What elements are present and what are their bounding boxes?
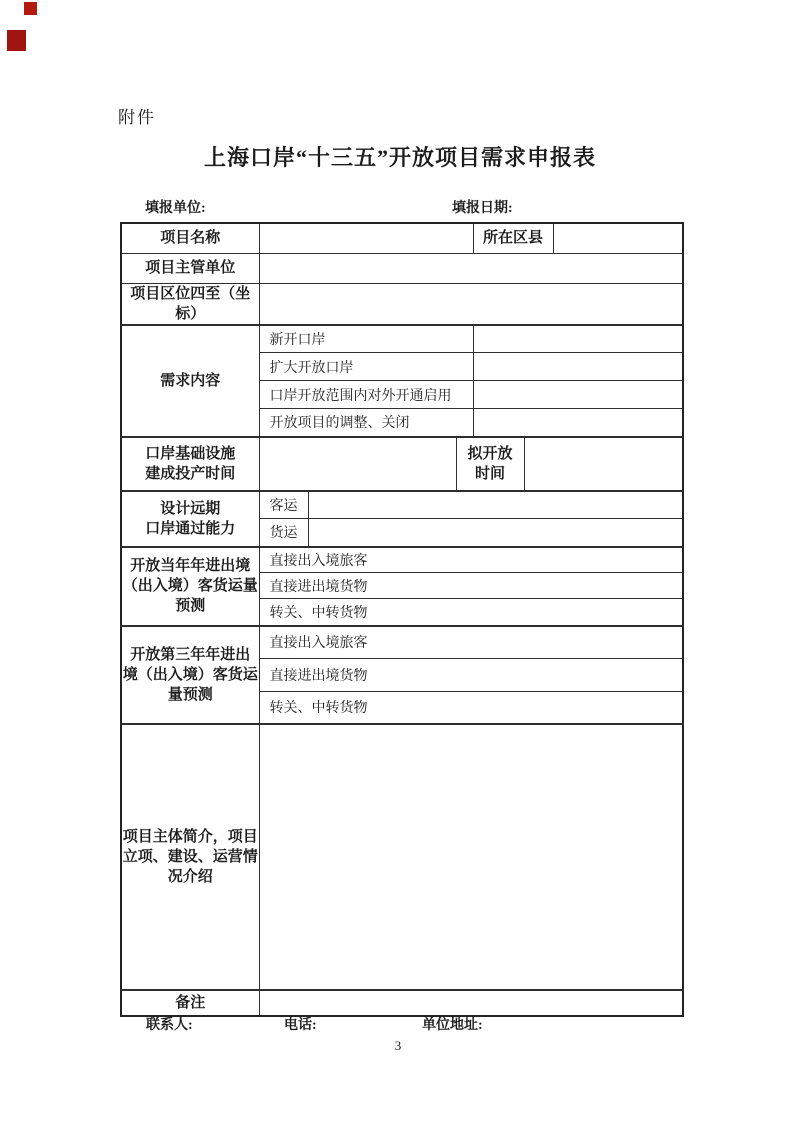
supervisor-unit-value-cell bbox=[259, 253, 683, 283]
planned-open-time-label-line1: 拟开放 bbox=[457, 444, 524, 464]
project-name-label-cell: 项目名称 bbox=[121, 223, 259, 253]
infra-completion-time-label-line2: 建成投产时间 bbox=[122, 464, 259, 484]
location-bounds-label-cell: 项目区位四至（坐标） bbox=[121, 283, 259, 325]
project-intro-label-line2: 立项、建设、运营情 bbox=[122, 847, 259, 867]
demand-item-adjust-close-label: 开放项目的调整、关闭 bbox=[270, 416, 410, 431]
design-capacity-label-line1: 设计远期 bbox=[122, 499, 259, 519]
demand-item-expand-value-cell bbox=[473, 353, 683, 381]
demand-item-new-port-label: 新开口岸 bbox=[270, 333, 326, 348]
forecast-open-year-transit-label: 转关、中转货物 bbox=[270, 606, 368, 621]
forecast-open-year-label-line1: 开放当年年进出境 bbox=[122, 556, 259, 576]
design-capacity-label-line2: 口岸通过能力 bbox=[122, 519, 259, 539]
forecast-third-year-label-line2: 境（出入境）客货运 bbox=[122, 665, 259, 685]
planned-open-time-label-cell: 拟开放 时间 bbox=[456, 437, 524, 491]
demand-item-new-port-cell: 新开口岸 bbox=[259, 325, 473, 353]
application-form-table: 项目名称 所在区县 项目主管单位 项目区位四至（坐标） 需求内容 新开口岸 扩大… bbox=[120, 222, 684, 1017]
demand-item-adjust-close-value-cell bbox=[473, 409, 683, 437]
project-name-value-cell bbox=[259, 223, 473, 253]
forecast-third-year-passengers-label: 直接出入境旅客 bbox=[270, 636, 368, 651]
forecast-third-year-goods-cell: 直接进出境货物 bbox=[259, 659, 683, 692]
district-label: 所在区县 bbox=[483, 230, 543, 246]
address-label: 单位地址: bbox=[422, 1014, 483, 1034]
fill-date-label: 填报日期: bbox=[452, 197, 513, 217]
forecast-open-year-passengers-label: 直接出入境旅客 bbox=[270, 554, 368, 569]
planned-open-time-label-line2: 时间 bbox=[457, 464, 524, 484]
district-label-cell: 所在区县 bbox=[473, 223, 553, 253]
footer-row: 联系人: 电话: 单位地址: bbox=[0, 1014, 800, 1034]
forecast-third-year-goods-label: 直接进出境货物 bbox=[270, 669, 368, 684]
forecast-open-year-passengers-cell: 直接出入境旅客 bbox=[259, 547, 683, 573]
forecast-open-year-label-line3: 预测 bbox=[122, 596, 259, 616]
forecast-third-year-transit-cell: 转关、中转货物 bbox=[259, 692, 683, 724]
forecast-open-year-label-cell: 开放当年年进出境 （出入境）客货运量 预测 bbox=[121, 547, 259, 626]
attachment-label: 附件 bbox=[118, 103, 156, 128]
fill-unit-label: 填报单位: bbox=[145, 197, 206, 217]
project-intro-value-cell bbox=[259, 724, 683, 990]
demand-item-open-within-scope-cell: 口岸开放范围内对外开通启用 bbox=[259, 381, 473, 409]
capacity-cargo-label-cell: 货运 bbox=[259, 519, 308, 547]
remarks-label: 备注 bbox=[175, 995, 205, 1011]
forecast-third-year-transit-label: 转关、中转货物 bbox=[270, 701, 368, 716]
location-bounds-label: 项目区位四至（坐标） bbox=[130, 286, 250, 322]
district-value-cell bbox=[553, 223, 683, 253]
form-title: 上海口岸“十三五”开放项目需求申报表 bbox=[0, 141, 800, 172]
infra-completion-time-value-cell bbox=[259, 437, 456, 491]
forecast-open-year-goods-label: 直接进出境货物 bbox=[270, 580, 368, 595]
forecast-open-year-label-line2: （出入境）客货运量 bbox=[122, 576, 259, 596]
demand-label-cell: 需求内容 bbox=[121, 325, 259, 437]
capacity-cargo-label: 货运 bbox=[270, 526, 298, 541]
supervisor-unit-label: 项目主管单位 bbox=[145, 260, 235, 276]
project-intro-label-line3: 况介绍 bbox=[122, 867, 259, 887]
project-name-label: 项目名称 bbox=[160, 230, 220, 246]
page-number: 3 bbox=[0, 1038, 796, 1054]
capacity-passenger-value-cell bbox=[308, 491, 683, 519]
forecast-open-year-goods-cell: 直接进出境货物 bbox=[259, 573, 683, 599]
demand-item-expand-cell: 扩大开放口岸 bbox=[259, 353, 473, 381]
capacity-cargo-value-cell bbox=[308, 519, 683, 547]
location-bounds-value-cell bbox=[259, 283, 683, 325]
planned-open-time-value-cell bbox=[524, 437, 683, 491]
demand-item-adjust-close-cell: 开放项目的调整、关闭 bbox=[259, 409, 473, 437]
demand-label: 需求内容 bbox=[160, 373, 220, 389]
forecast-third-year-passengers-cell: 直接出入境旅客 bbox=[259, 626, 683, 659]
remarks-label-cell: 备注 bbox=[121, 990, 259, 1016]
red-scan-artifact-1 bbox=[24, 2, 37, 15]
infra-completion-time-label-line1: 口岸基础设施 bbox=[122, 444, 259, 464]
project-intro-label-cell: 项目主体简介，项目 立项、建设、运营情 况介绍 bbox=[121, 724, 259, 990]
meta-row: 填报单位: 填报日期: bbox=[120, 197, 682, 219]
forecast-open-year-transit-cell: 转关、中转货物 bbox=[259, 599, 683, 626]
supervisor-unit-label-cell: 项目主管单位 bbox=[121, 253, 259, 283]
forecast-third-year-label-line3: 量预测 bbox=[122, 685, 259, 705]
forecast-third-year-label-line1: 开放第三年年进出 bbox=[122, 645, 259, 665]
phone-label: 电话: bbox=[284, 1014, 317, 1034]
capacity-passenger-label-cell: 客运 bbox=[259, 491, 308, 519]
infra-completion-time-label-cell: 口岸基础设施 建成投产时间 bbox=[121, 437, 259, 491]
capacity-passenger-label: 客运 bbox=[270, 499, 298, 514]
forecast-third-year-label-cell: 开放第三年年进出 境（出入境）客货运 量预测 bbox=[121, 626, 259, 724]
document-page: 附件 上海口岸“十三五”开放项目需求申报表 填报单位: 填报日期: 项目名称 所… bbox=[0, 0, 800, 1131]
remarks-value-cell bbox=[259, 990, 683, 1016]
design-capacity-label-cell: 设计远期 口岸通过能力 bbox=[121, 491, 259, 547]
project-intro-label-line1: 项目主体简介，项目 bbox=[122, 827, 259, 847]
demand-item-expand-label: 扩大开放口岸 bbox=[270, 361, 354, 376]
red-scan-artifact-2 bbox=[7, 30, 26, 51]
contact-label: 联系人: bbox=[146, 1014, 193, 1034]
demand-item-open-within-scope-value-cell bbox=[473, 381, 683, 409]
demand-item-new-port-value-cell bbox=[473, 325, 683, 353]
demand-item-open-within-scope-label: 口岸开放范围内对外开通启用 bbox=[270, 389, 452, 404]
